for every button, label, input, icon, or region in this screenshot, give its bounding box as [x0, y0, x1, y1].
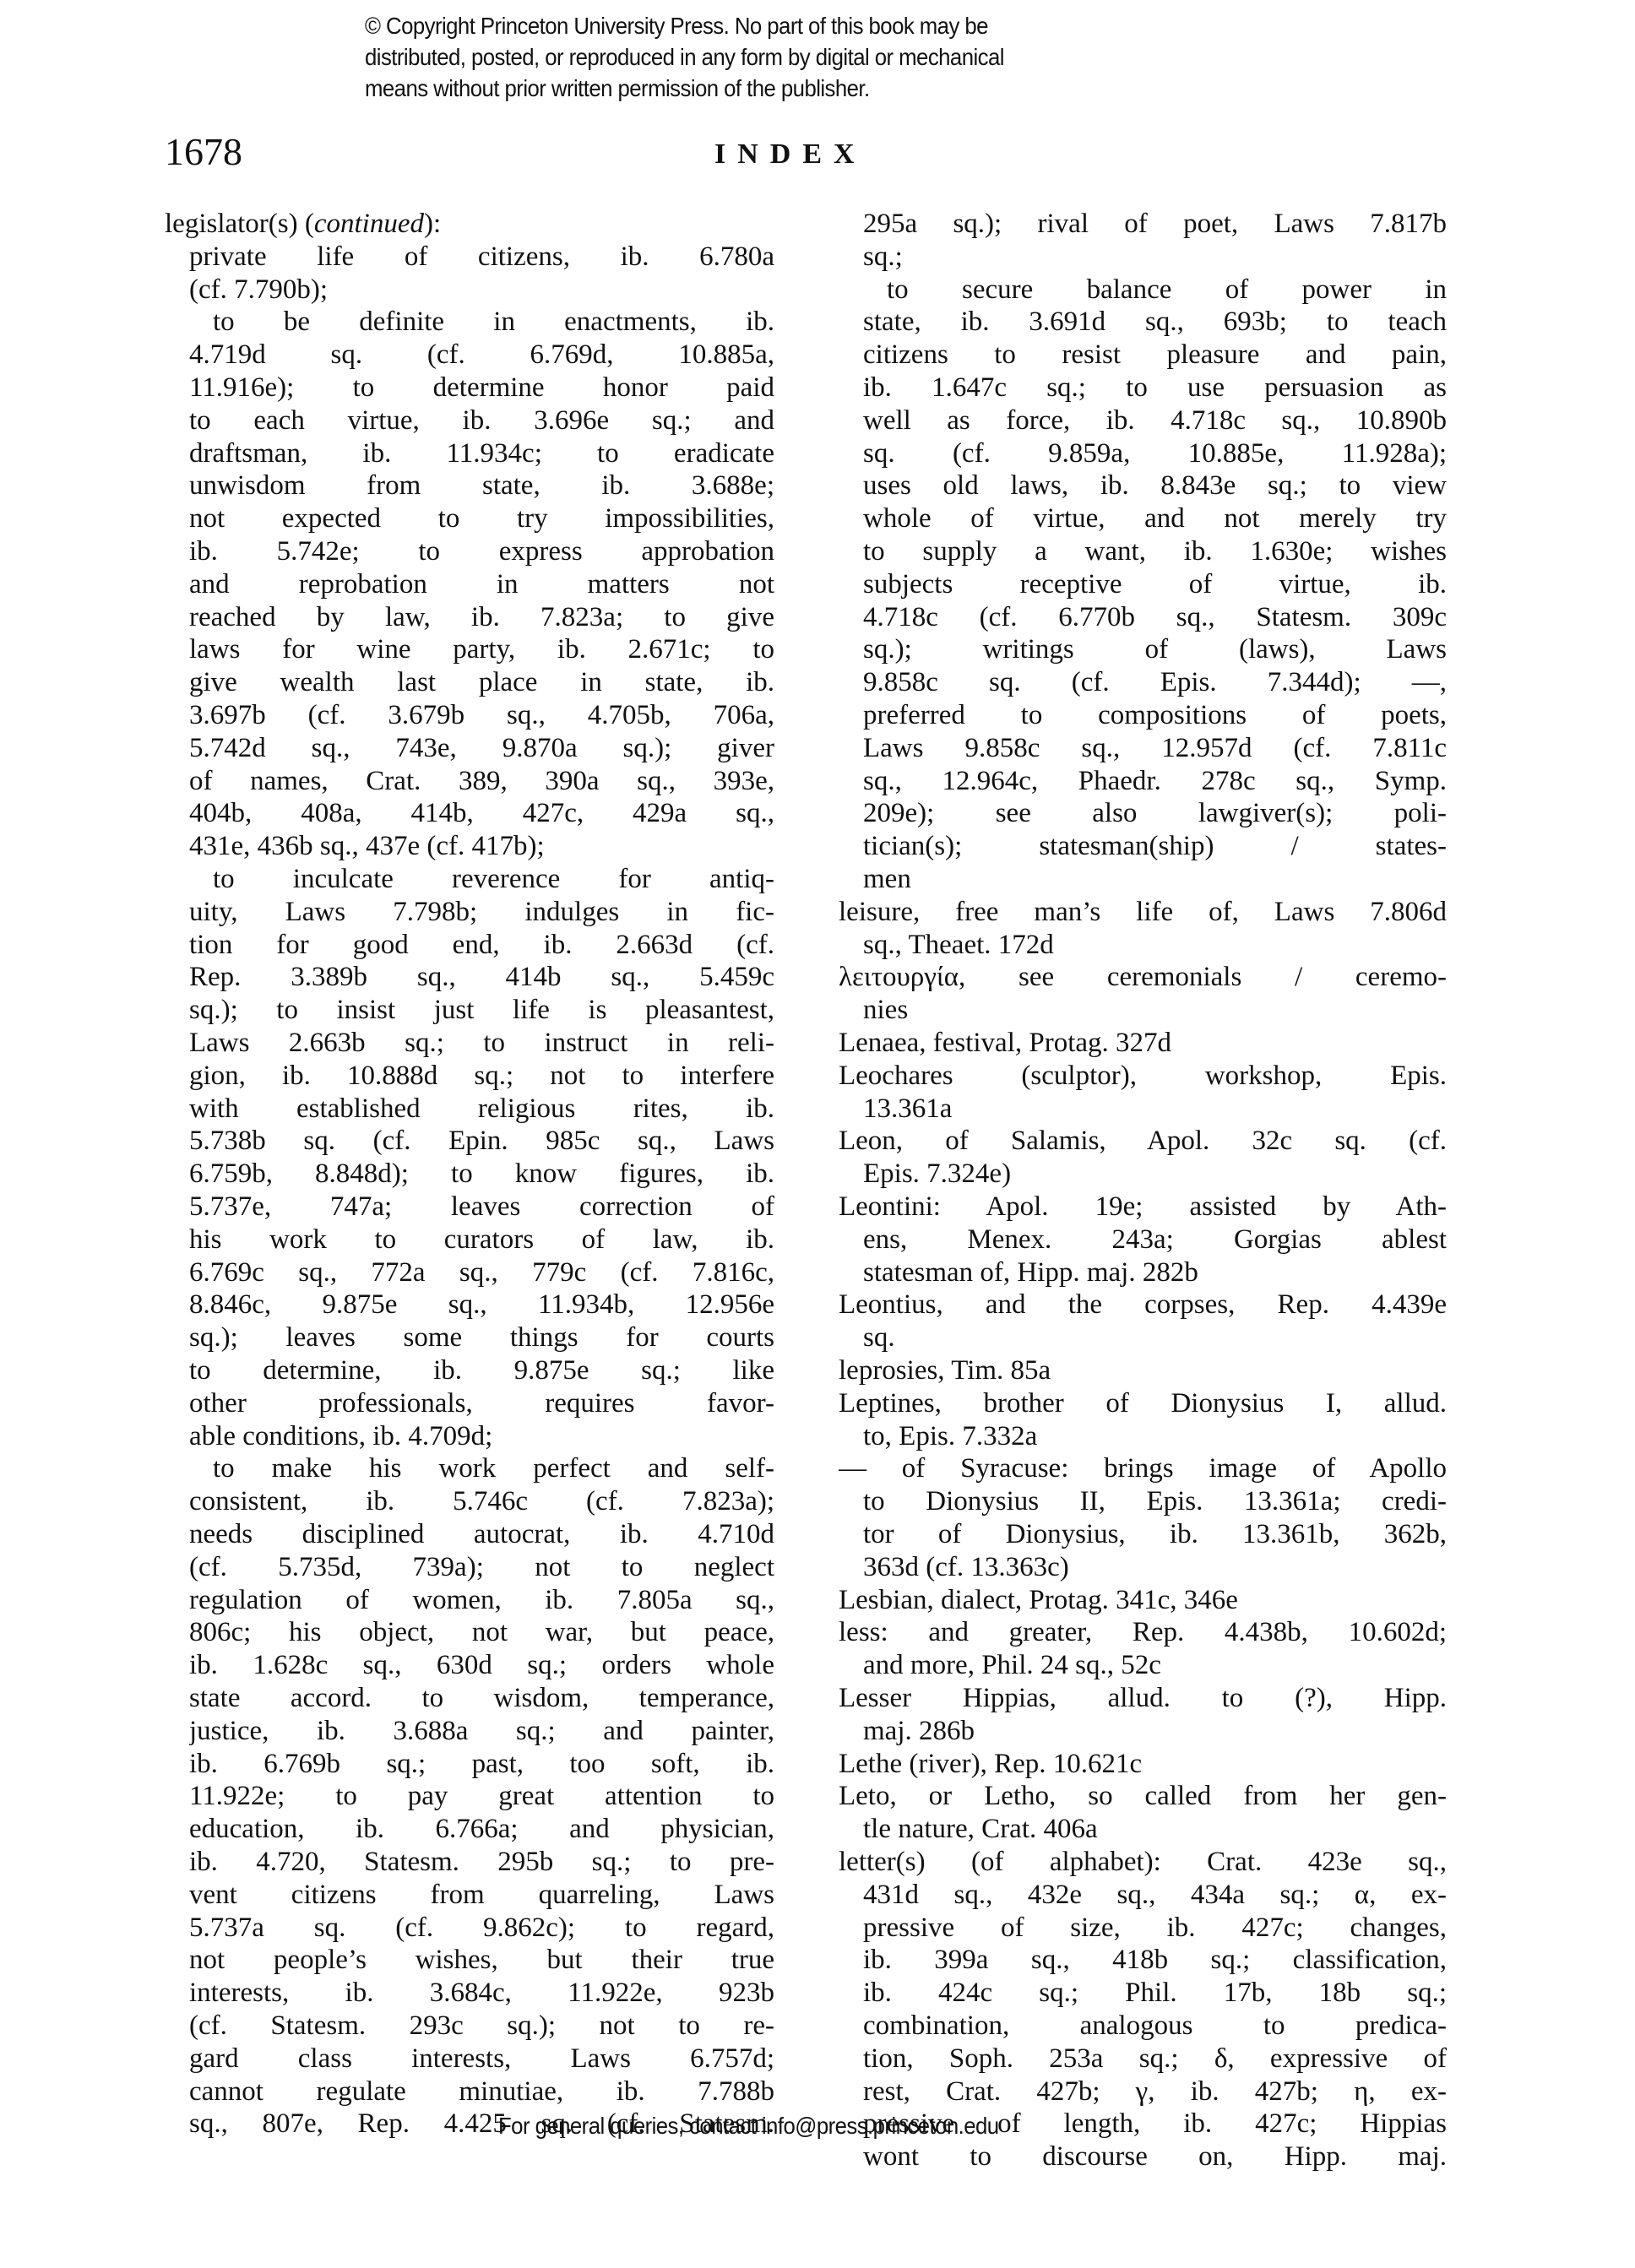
index-line: to determine, ib. 9.875e sq.; like	[189, 1354, 774, 1386]
index-line: state accord. to wisdom, temperance,	[189, 1682, 774, 1714]
index-line: sq., 12.964c, Phaedr. 278c sq., Symp.	[863, 765, 1447, 797]
copyright-notice: © Copyright Princeton University Press. …	[365, 10, 1142, 104]
index-line: to inculcate reverence for antiq-	[213, 863, 774, 895]
index-line: to secure balance of power in	[887, 274, 1447, 306]
index-line: Leon, of Salamis, Apol. 32c sq. (cf.	[839, 1125, 1447, 1157]
index-line: 4.718c (cf. 6.770b sq., Statesm. 309c	[863, 601, 1447, 633]
index-line: ib. 399a sq., 418b sq.; classification,	[863, 1944, 1447, 1976]
index-line: letter(s) (of alphabet): Crat. 423e sq.,	[839, 1846, 1447, 1878]
index-line: tician(s); statesman(ship) / states-	[863, 830, 1447, 862]
index-line: pressive of size, ib. 427c; changes,	[863, 1912, 1447, 1944]
index-line: ib. 4.720, Statesm. 295b sq.; to pre-	[189, 1846, 774, 1878]
index-line: 11.916e); to determine honor paid	[189, 372, 774, 404]
index-line: with established religious rites, ib.	[189, 1093, 774, 1125]
index-line: Leontini: Apol. 19e; assisted by Ath-	[839, 1191, 1447, 1223]
index-line: not expected to try impossibilities,	[189, 502, 774, 534]
index-line: gard class interests, Laws 6.757d;	[189, 2043, 774, 2075]
index-line: well as force, ib. 4.718c sq., 10.890b	[863, 404, 1447, 437]
index-line: 11.922e; to pay great attention to	[189, 1780, 774, 1812]
index-line: ib. 5.742e; to express approbation	[189, 535, 774, 567]
index-line: able conditions, ib. 4.709d;	[189, 1420, 492, 1452]
index-line: and reprobation in matters not	[189, 568, 774, 600]
copyright-line: © Copyright Princeton University Press. …	[365, 10, 1142, 41]
index-line: to Dionysius II, Epis. 13.361a; credi-	[863, 1485, 1447, 1517]
index-line: sq. (cf. 9.859a, 10.885e, 11.928a);	[863, 437, 1447, 469]
index-line: gion, ib. 10.888d sq.; not to interfere	[189, 1060, 774, 1092]
index-line: to each virtue, ib. 3.696e sq.; and	[189, 404, 774, 437]
index-line: (cf. 7.790b);	[189, 274, 328, 306]
index-line: Leontius, and the corpses, Rep. 4.439e	[839, 1289, 1447, 1321]
index-line: tle nature, Crat. 406a	[863, 1813, 1098, 1845]
index-line: Lethe (river), Rep. 10.621c	[839, 1748, 1142, 1780]
index-line: justice, ib. 3.688a sq.; and painter,	[189, 1715, 774, 1747]
index-line: sq.); writings of (laws), Laws	[863, 633, 1447, 665]
index-line: state, ib. 3.691d sq., 693b; to teach	[863, 306, 1447, 338]
index-line: not people’s wishes, but their true	[189, 1944, 774, 1976]
index-line: — of Syracuse: brings image of Apollo	[839, 1452, 1447, 1484]
running-head: INDEX	[714, 133, 866, 176]
index-line: sq., Theaet. 172d	[863, 929, 1054, 961]
index-line: ib. 1.647c sq.; to use persuasion as	[863, 372, 1447, 404]
index-line: tor of Dionysius, ib. 13.361b, 362b,	[863, 1518, 1447, 1550]
index-line: 5.742d sq., 743e, 9.870a sq.); giver	[189, 732, 774, 764]
index-line: men	[863, 863, 911, 895]
index-line: ib. 6.769b sq.; past, too soft, ib.	[189, 1748, 774, 1780]
index-line: 6.759b, 8.848d); to know figures, ib.	[189, 1158, 774, 1190]
index-line: subjects receptive of virtue, ib.	[863, 568, 1447, 600]
copyright-line: distributed, posted, or reproduced in an…	[365, 41, 1142, 73]
index-line: other professionals, requires favor-	[189, 1387, 774, 1419]
index-line: interests, ib. 3.684c, 11.922e, 923b	[189, 1977, 774, 2009]
index-line: Epis. 7.324e)	[863, 1158, 1011, 1190]
index-line: 4.719d sq. (cf. 6.769d, 10.885a,	[189, 339, 774, 371]
index-line: legislator(s) (continued):	[165, 208, 441, 240]
index-line: sq.;	[863, 241, 903, 273]
index-line: Lesser Hippias, allud. to (?), Hipp.	[839, 1682, 1447, 1714]
index-line: Leptines, brother of Dionysius I, allud.	[839, 1387, 1447, 1419]
index-line: less: and greater, Rep. 4.438b, 10.602d;	[839, 1616, 1447, 1648]
index-line: to make his work perfect and self-	[213, 1452, 774, 1484]
index-line: unwisdom from state, ib. 3.688e;	[189, 469, 774, 502]
index-line: ens, Menex. 243a; Gorgias ablest	[863, 1224, 1447, 1256]
index-line: reached by law, ib. 7.823a; to give	[189, 601, 774, 633]
index-line: 363d (cf. 13.363c)	[863, 1551, 1069, 1583]
index-line: consistent, ib. 5.746c (cf. 7.823a);	[189, 1485, 774, 1517]
footer-contact: For general queries, contact info@press.…	[498, 2111, 999, 2141]
index-line: nies	[863, 994, 908, 1026]
index-line: to be definite in enactments, ib.	[213, 306, 774, 338]
index-line: combination, analogous to predica-	[863, 2010, 1447, 2042]
index-line: regulation of women, ib. 7.805a sq.,	[189, 1584, 774, 1616]
index-line: vent citizens from quarreling, Laws	[189, 1879, 774, 1911]
index-line: Laws 2.663b sq.; to instruct in reli-	[189, 1027, 774, 1059]
index-line: 5.737e, 747a; leaves correction of	[189, 1191, 774, 1223]
index-line: Laws 9.858c sq., 12.957d (cf. 7.811c	[863, 732, 1447, 764]
index-line: Lesbian, dialect, Protag. 341c, 346e	[839, 1584, 1238, 1616]
index-line: cannot regulate minutiae, ib. 7.788b	[189, 2075, 774, 2108]
index-line: 5.738b sq. (cf. Epin. 985c sq., Laws	[189, 1125, 774, 1157]
index-line: to supply a want, ib. 1.630e; wishes	[863, 535, 1447, 567]
index-line: 9.858c sq. (cf. Epis. 7.344d); —,	[863, 666, 1447, 698]
index-line: 295a sq.); rival of poet, Laws 7.817b	[863, 208, 1447, 240]
index-line: 13.361a	[863, 1093, 952, 1125]
index-line: maj. 286b	[863, 1715, 975, 1747]
index-line: to, Epis. 7.332a	[863, 1420, 1037, 1452]
index-line: his work to curators of law, ib.	[189, 1224, 774, 1256]
index-line: 209e); see also lawgiver(s); poli-	[863, 797, 1447, 829]
index-line: and more, Phil. 24 sq., 52c	[863, 1649, 1161, 1681]
index-line: 3.697b (cf. 3.679b sq., 4.705b, 706a,	[189, 699, 774, 731]
index-line: needs disciplined autocrat, ib. 4.710d	[189, 1518, 774, 1550]
index-line: tion for good end, ib. 2.663d (cf.	[189, 929, 774, 961]
copyright-line: means without prior written permission o…	[365, 73, 1142, 104]
index-line: 6.769c sq., 772a sq., 779c (cf. 7.816c,	[189, 1256, 774, 1289]
index-line: Leto, or Letho, so called from her gen-	[839, 1780, 1447, 1812]
index-line: sq.); leaves some things for courts	[189, 1321, 774, 1354]
index-line: ib. 1.628c sq., 630d sq.; orders whole	[189, 1649, 774, 1681]
index-line: Rep. 3.389b sq., 414b sq., 5.459c	[189, 961, 774, 993]
index-line: sq.); to insist just life is pleasantest…	[189, 994, 774, 1026]
index-line: laws for wine party, ib. 2.671c; to	[189, 633, 774, 665]
index-line: 806c; his object, not war, but peace,	[189, 1616, 774, 1648]
index-line: preferred to compositions of poets,	[863, 699, 1447, 731]
index-line: Lenaea, festival, Protag. 327d	[839, 1027, 1171, 1059]
index-line: citizens to resist pleasure and pain,	[863, 339, 1447, 371]
index-line: (cf. 5.735d, 739a); not to neglect	[189, 1551, 774, 1583]
index-line: private life of citizens, ib. 6.780a	[189, 241, 774, 273]
index-line: education, ib. 6.766a; and physician,	[189, 1813, 774, 1845]
index-line: rest, Crat. 427b; γ, ib. 427b; η, ex-	[863, 2075, 1447, 2108]
index-line: leisure, free man’s life of, Laws 7.806d	[839, 896, 1447, 928]
page-number: 1678	[165, 127, 242, 177]
index-line: Leochares (sculptor), workshop, Epis.	[839, 1060, 1447, 1092]
index-line: λειτουργία, see ceremonials / ceremo-	[839, 961, 1447, 993]
index-line: ib. 424c sq.; Phil. 17b, 18b sq.;	[863, 1977, 1447, 2009]
index-line: 431e, 436b sq., 437e (cf. 417b);	[189, 830, 545, 862]
index-line: uses old laws, ib. 8.843e sq.; to view	[863, 469, 1447, 502]
index-line: sq.	[863, 1321, 895, 1354]
index-line: (cf. Statesm. 293c sq.); not to re-	[189, 2010, 774, 2042]
index-line: draftsman, ib. 11.934c; to eradicate	[189, 437, 774, 469]
index-line: wont to discourse on, Hipp. maj.	[863, 2140, 1447, 2173]
index-line: leprosies, Tim. 85a	[839, 1354, 1051, 1386]
index-line: 431d sq., 432e sq., 434a sq.; α, ex-	[863, 1879, 1447, 1911]
index-line: 5.737a sq. (cf. 9.862c); to regard,	[189, 1912, 774, 1944]
index-line: of names, Crat. 389, 390a sq., 393e,	[189, 765, 774, 797]
index-line: uity, Laws 7.798b; indulges in fic-	[189, 896, 774, 928]
index-line: tion, Soph. 253a sq.; δ, expressive of	[863, 2043, 1447, 2075]
index-line: give wealth last place in state, ib.	[189, 666, 774, 698]
index-line: 404b, 408a, 414b, 427c, 429a sq.,	[189, 797, 774, 829]
index-line: 8.846c, 9.875e sq., 11.934b, 12.956e	[189, 1289, 774, 1321]
index-line: statesman of, Hipp. maj. 282b	[863, 1256, 1198, 1289]
index-line: whole of virtue, and not merely try	[863, 502, 1447, 534]
